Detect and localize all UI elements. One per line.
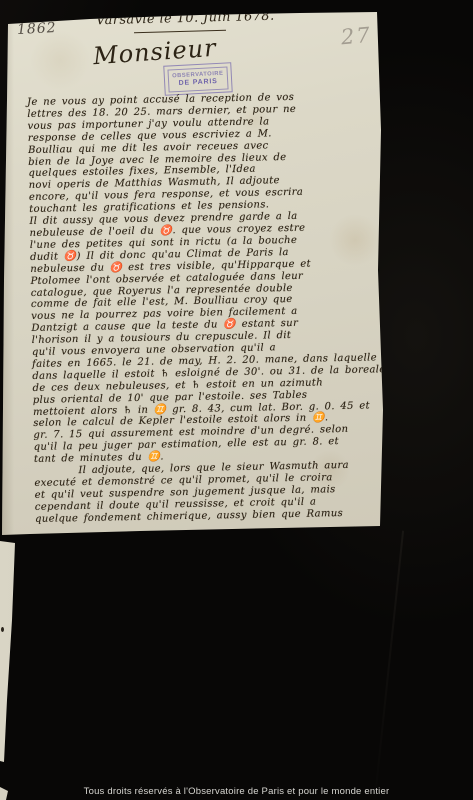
archive-photograph: 1862 27 Varsavie le 10. Juin 1678. Monsi… <box>0 0 473 800</box>
background-crease <box>374 531 404 800</box>
folio-number-annotation: 27 <box>340 23 373 50</box>
letter-page: 1862 27 Varsavie le 10. Juin 1678. Monsi… <box>0 0 473 545</box>
copyright-caption: Tous droits réservés à l'Observatoire de… <box>0 786 473 797</box>
observatory-stamp: OBSERVATOIRE DE PARIS <box>163 62 232 96</box>
dateline-underline <box>134 30 226 34</box>
inventory-number-annotation: 1862 <box>17 20 57 38</box>
ink-speck <box>1 627 4 632</box>
observatory-stamp-border: OBSERVATOIRE DE PARIS <box>167 66 228 92</box>
stamp-text-line2: DE PARIS <box>179 78 218 87</box>
manuscript-body: Je ne vous ay point accusé la reception … <box>27 90 387 525</box>
letter-dateline: Varsavie le 10. Juin 1678. <box>96 9 275 29</box>
